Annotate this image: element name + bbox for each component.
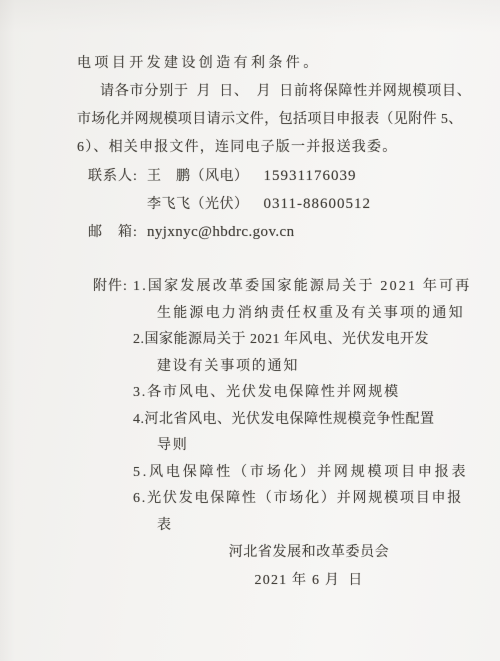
attachment-line: 建设有关事项的通知 xyxy=(77,354,476,381)
body-text-line: 市场化并网规模项目请示文件，包括项目申报表（见附件 5、 xyxy=(77,106,476,134)
contact-row: 联系人: 王 鹏（风电） 15931176039 xyxy=(77,162,476,190)
signing-date: 2021 年 6 月 日 xyxy=(142,567,476,595)
contact-name: 李飞飞（光伏） xyxy=(147,191,249,219)
document-content: 电项目开发建设创造有利条件。 请各市分别于 月 日、 月 日前将保障性并网规模项… xyxy=(0,0,500,595)
contact-person-label: 联系人: xyxy=(88,163,147,191)
attachment-line: 5.风电保障性（市场化）并网规模项目申报表 xyxy=(77,460,476,487)
body-text-line: 电项目开发建设创造有利条件。 xyxy=(77,50,476,78)
contact-row: 李飞飞（光伏） 0311-88600512 xyxy=(77,190,476,218)
email-address: nyjxnyc@hbdrc.gov.cn xyxy=(147,218,294,246)
attachment-line: 附件: 1.国家发展改革委国家能源局关于 2021 年可再 xyxy=(77,274,476,301)
signing-organization: 河北省发展和改革委员会 xyxy=(142,539,476,567)
attachments-list: 附件: 1.国家发展改革委国家能源局关于 2021 年可再 生能源电力消纳责任权… xyxy=(77,274,476,539)
attachment-line: 6.光伏发电保障性（市场化）并网规模项目申报 xyxy=(77,486,476,513)
contact-phone: 15931176039 xyxy=(264,162,357,190)
attachment-line: 4.河北省风电、光伏发电保障性规模竞争性配置 xyxy=(77,407,476,434)
body-text-line: 6）、相关申报文件，连同电子版一并报送我委。 xyxy=(77,134,476,162)
attachments-label: 附件: xyxy=(93,274,133,301)
contact-name: 王 鹏（风电） xyxy=(147,163,249,191)
signature-block: 河北省发展和改革委员会 2021 年 6 月 日 xyxy=(77,539,476,595)
attachment-item: 1.国家发展改革委国家能源局关于 2021 年可再 xyxy=(133,274,472,301)
attachment-line: 导则 xyxy=(77,433,476,460)
attachment-line: 2.国家能源局关于 2021 年风电、光伏发电开发 xyxy=(77,327,476,354)
attachment-line: 3.各市风电、光伏发电保障性并网规模 xyxy=(77,380,476,407)
contact-row: 邮 箱: nyjxnyc@hbdrc.gov.cn xyxy=(77,218,476,246)
body-text-line: 请各市分别于 月 日、 月 日前将保障性并网规模项目、 xyxy=(77,78,476,106)
contact-phone: 0311-88600512 xyxy=(264,190,371,218)
attachment-line: 生能源电力消纳责任权重及有关事项的通知 xyxy=(77,301,476,328)
scanned-document-page: 电项目开发建设创造有利条件。 请各市分别于 月 日、 月 日前将保障性并网规模项… xyxy=(0,0,500,661)
attachment-line: 表 xyxy=(77,513,476,540)
email-label: 邮 箱: xyxy=(88,219,147,247)
